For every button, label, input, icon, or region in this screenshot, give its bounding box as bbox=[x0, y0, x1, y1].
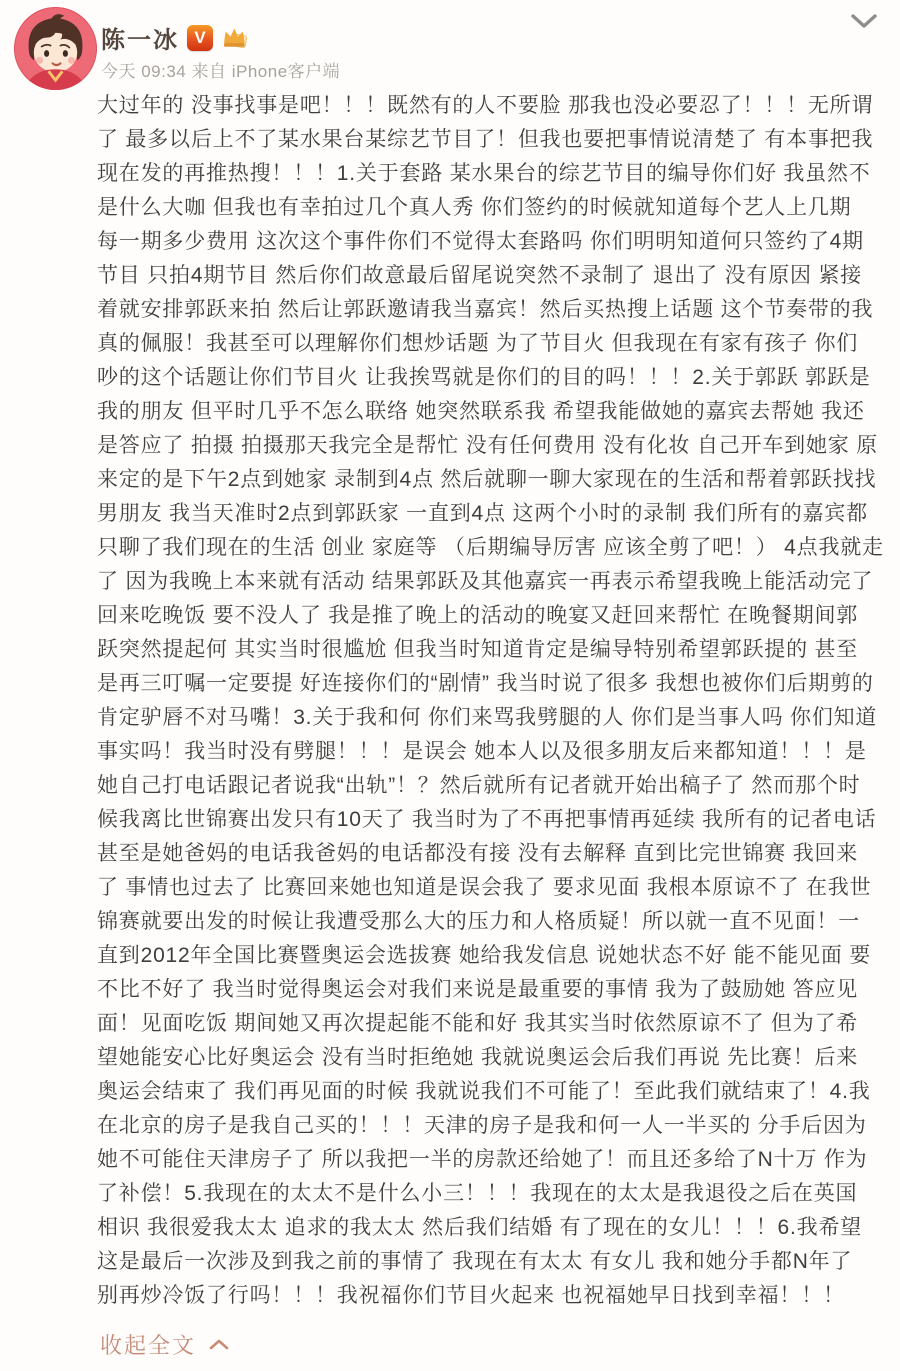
post-text-line: 吵的这个话题让你们节目火 让我挨骂就是你们的目的吗！！！2.关于郭跃 郭跃是 bbox=[97, 361, 897, 395]
chevron-up-icon bbox=[208, 1338, 230, 1351]
post-text-line: 是什么大咖 但我也有幸拍过几个真人秀 你们签约的时候就知道每个艺人上几期 bbox=[97, 191, 897, 225]
post-text-line: 了 因为我晚上本来就有活动 结果郭跃及其他嘉宾一再表示希望我晚上能活动完了 bbox=[97, 565, 897, 599]
post-text-line: 别再炒冷饭了行吗！！！我祝福你们节目火起来 也祝福她早日找到幸福！！！ bbox=[97, 1279, 897, 1313]
post-text-line: 奥运会结束了 我们再见面的时候 我就说我们不可能了！至此我们就结束了！4.我 bbox=[97, 1075, 897, 1109]
collapse-full-text-link[interactable]: 收起全文 bbox=[100, 1329, 230, 1360]
avatar-cartoon-image bbox=[14, 7, 97, 90]
post-timestamp: 今天 09:34 来自 iPhone客户端 bbox=[101, 57, 340, 82]
membership-crown-icon bbox=[221, 24, 248, 51]
post-text-line: 节目 只拍4期节目 然后你们故意最后留尾说突然不录制了 退出了 没有原因 紧接 bbox=[97, 259, 897, 293]
post-text-line: 回来吃晚饭 要不没人了 我是推了晚上的活动的晚宴又赶回来帮忙 在晚餐期间郭 bbox=[97, 599, 897, 633]
post-text-line: 是答应了 拍摄 拍摄那天我完全是帮忙 没有任何费用 没有化妆 自己开车到她家 原 bbox=[97, 429, 897, 463]
post-text-line: 了补偿！5.我现在的太太不是什么小三！！！我现在的太太是我退役之后在英国 bbox=[97, 1177, 897, 1211]
post-text-line: 不比不好了 我当时觉得奥运会对我们来说是最重要的事情 我为了鼓励她 答应见 bbox=[97, 973, 897, 1007]
post-text-line: 是再三叮嘱一定要提 好连接你们的“剧情” 我当时说了很多 我想也被你们后期剪的 bbox=[97, 667, 897, 701]
post-text-line: 在北京的房子是我自己买的！！！天津的房子是我和何一人一半买的 分手后因为 bbox=[97, 1109, 897, 1143]
post-text-line: 事实吗！我当时没有劈腿！！！是误会 她本人以及很多朋友后来都知道！！！是 bbox=[97, 735, 897, 769]
post-text-line: 我的朋友 但平时几乎不怎么联络 她突然联系我 希望我能做她的嘉宾去帮她 我还 bbox=[97, 395, 897, 429]
post-text-line: 只聊了我们现在的生活 创业 家庭等 （后期编导厉害 应该全剪了吧！） 4点我就走 bbox=[97, 531, 897, 565]
post-text-line: 相识 我很爱我太太 追求的我太太 然后我们结婚 有了现在的女儿！！！6.我希望 bbox=[97, 1211, 897, 1245]
post-text-line: 来定的是下午2点到她家 录制到4点 然后就聊一聊大家现在的生活和帮着郭跃找找 bbox=[97, 463, 897, 497]
post-text-line: 望她能安心比好奥运会 没有当时拒绝她 我就说奥运会后我们再说 先比赛！后来 bbox=[97, 1041, 897, 1075]
post-text-line: 甚至是她爸妈的电话我爸妈的电话都没有接 没有去解释 直到比完世锦赛 我回来 bbox=[97, 837, 897, 871]
avatar[interactable] bbox=[14, 7, 97, 90]
post-text-line: 候我离比世锦赛出发只有10天了 我当时为了不再把事情再延续 我所有的记者电话 bbox=[97, 803, 897, 837]
post-text-line: 大过年的 没事找事是吧！！！既然有的人不要脸 那我也没必要忍了！！！无所谓 bbox=[97, 89, 897, 123]
post-text-line: 着就安排郭跃来拍 然后让郭跃邀请我当嘉宾！然后买热搜上话题 这个节奏带的我 bbox=[97, 293, 897, 327]
post-text-line: 她不可能住天津房子了 所以我把一半的房款还给她了！而且还多给了N十万 作为 bbox=[97, 1143, 897, 1177]
post-content: 大过年的 没事找事是吧！！！既然有的人不要脸 那我也没必要忍了！！！无所谓了 最… bbox=[97, 89, 897, 1313]
post-text-line: 真的佩服！我甚至可以理解你们想炒话题 为了节目火 但我现在有家有孩子 你们 bbox=[97, 327, 897, 361]
post-text-line: 她自己打电话跟记者说我“出轨”！？然后就所有记者就开始出稿子了 然而那个时 bbox=[97, 769, 897, 803]
post-text-line: 男朋友 我当天准时2点到郭跃家 一直到4点 这两个小时的录制 我们所有的嘉宾都 bbox=[97, 497, 897, 531]
user-name-row: 陈一冰 V bbox=[101, 20, 248, 55]
weibo-post-card: 陈一冰 V 今天 09:34 来自 iPhone客户端 大过年的 没事找事是吧！… bbox=[0, 0, 900, 1371]
post-text-line: 面！见面吃饭 期间她又再次提起能不能和好 我其实当时依然原谅不了 但为了希 bbox=[97, 1007, 897, 1041]
post-text-line: 肯定驴唇不对马嘴！3.关于我和何 你们来骂我劈腿的人 你们是当事人吗 你们知道 bbox=[97, 701, 897, 735]
post-text-line: 现在发的再推热搜！！！1.关于套路 某水果台的综艺节目的编导你们好 我虽然不 bbox=[97, 157, 897, 191]
post-text-line: 这是最后一次涉及到我之前的事情了 我现在有太太 有女儿 我和她分手都N年了 bbox=[97, 1245, 897, 1279]
post-text-line: 跃突然提起何 其实当时很尴尬 但我当时知道肯定是编导特别希望郭跃提的 甚至 bbox=[97, 633, 897, 667]
verified-v-badge-icon: V bbox=[187, 25, 213, 51]
chevron-down-icon[interactable] bbox=[850, 12, 878, 32]
post-text-line: 每一期多少费用 这次这个事件你们不觉得太套路吗 你们明明知道何只签约了4期 bbox=[97, 225, 897, 259]
post-text-line: 直到2012年全国比赛暨奥运会选拔赛 她给我发信息 说她状态不好 能不能见面 要 bbox=[97, 939, 897, 973]
post-text-line: 锦赛就要出发的时候让我遭受那么大的压力和人格质疑！所以就一直不见面！一 bbox=[97, 905, 897, 939]
post-text-line: 了 事情也过去了 比赛回来她也知道是误会我了 要求见面 我根本原谅不了 在我世 bbox=[97, 871, 897, 905]
collapse-label: 收起全文 bbox=[100, 1329, 196, 1360]
post-text-line: 了 最多以后上不了某水果台某综艺节目了！但我也要把事情说清楚了 有本事把我 bbox=[97, 123, 897, 157]
username[interactable]: 陈一冰 bbox=[101, 20, 179, 55]
